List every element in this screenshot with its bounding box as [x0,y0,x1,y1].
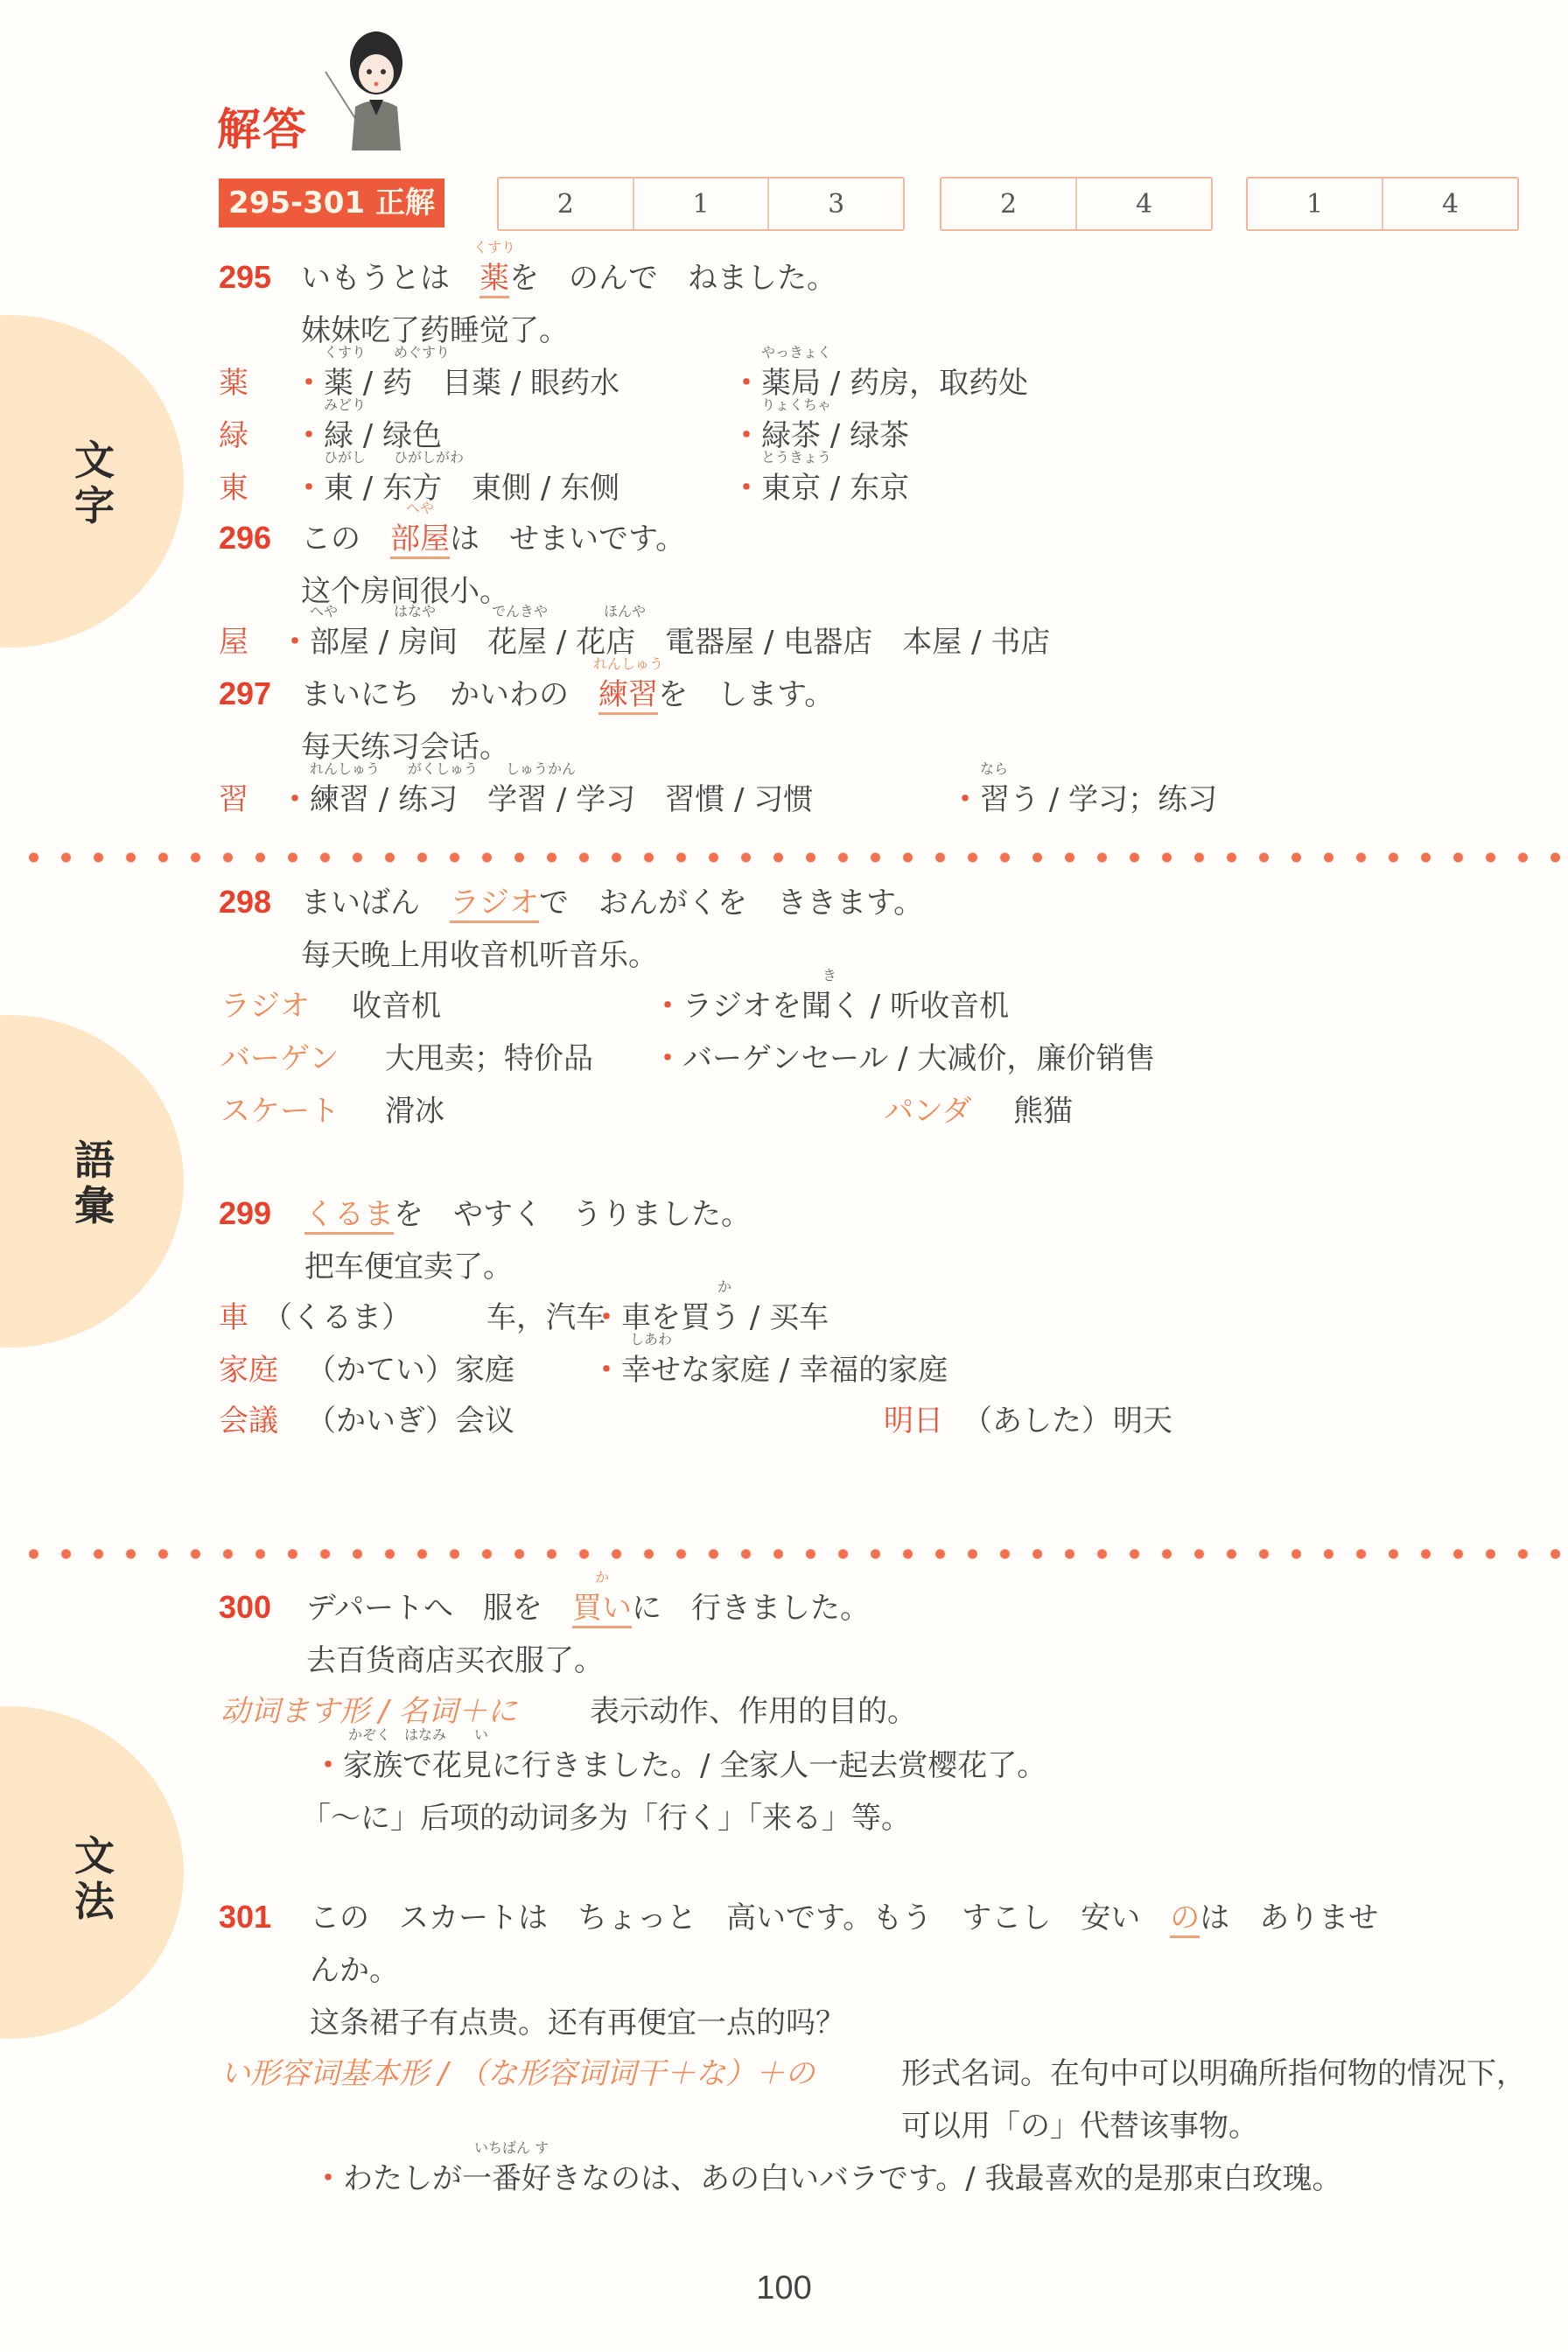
ruby-text: か [717,1279,731,1295]
grammar-meaning: 形式名词。在句中可以明确所指何物的情况下， [901,2054,1526,2093]
sentence-text: に 行きました。 [632,1591,870,1626]
ruby-text: くすり [473,240,515,255]
vocab-example: ・バーゲンセール / 大减价，廉价销售 [653,1039,1155,1078]
entry-text: 緑 / 绿色 [324,418,442,453]
kanji-head: 家庭 [219,1351,278,1389]
question-sentence-cont: んか。 [310,1951,399,1990]
entry-text: 薬 / 药 目薬 / 眼药水 [324,366,619,401]
side-tab-label-bunpou: 文法 [68,1833,121,1924]
vocab-reading: （かいぎ） [306,1402,455,1440]
vocab-example: ・か車を買う / 买车 [591,1298,829,1337]
vocab-meaning: 大甩卖；特价品 [385,1039,593,1078]
page-title: 解答 [217,94,308,157]
vocab-example: ・きラジオを聞く / 听收音机 [653,987,1009,1025]
ruby-text: か [595,1570,609,1585]
answer-cell: 4 [1077,178,1211,229]
sentence-text: は ありませ [1200,1900,1378,1935]
entry-text: 緑茶 / 绿茶 [761,418,909,453]
sentence-text: を します。 [658,677,834,712]
vocab-meaning: 明天 [1113,1402,1172,1440]
vocab-meaning: 家庭 [455,1351,514,1389]
ruby-text: とうきょう [761,450,831,465]
translation: 这条裙子有点贵。还有再便宜一点的吗？ [310,2004,845,2042]
target-word: くるま [304,1197,394,1235]
ruby-text: へや [406,500,434,516]
grammar-meaning: 表示动作、作用的目的。 [590,1692,917,1731]
question-sentence: この スカートは ちょっと 高いです。もう すこし 安い のは ありませ [310,1899,1378,1937]
section-divider [17,1549,1568,1559]
question-sentence: くるまを やすく うりました。 [304,1195,751,1234]
vocab-reading: （かてい） [306,1351,455,1389]
answer-group-2: 2 4 [940,177,1213,231]
question-sentence: いもうとは くすり薬を のんで ねました。 [301,259,836,297]
vocab-meaning: 滑冰 [385,1092,444,1130]
sentence-text: まいばん [301,885,450,920]
side-tab-label-goi: 語彙 [68,1137,121,1228]
vocab-head: ラジオ [220,987,310,1025]
vocab-meaning: 车，汽车 [486,1298,605,1337]
answer-group-1: 2 1 3 [497,177,905,231]
vocab-head: スケート [220,1092,339,1130]
vocab-meaning: 会议 [455,1402,514,1440]
ruby-text: き [822,968,836,983]
entry-text: 東 / 东方 東側 / 东侧 [324,471,619,506]
grammar-pattern: 动词ます形 / 名词＋に [220,1692,517,1731]
target-word: 薬 [479,261,509,298]
section-divider [17,852,1568,863]
ruby-text: れんしゅう [593,656,663,672]
sentence-text: で おんがくを ききます。 [539,885,923,920]
side-tab-label-moji: 文字 [68,437,121,528]
question-number: 301 [219,1899,271,1935]
kanji-head: 緑 [219,416,248,455]
sentence-text: まいにち かいわの [301,677,598,712]
ruby-text: れんしゅう がくしゅう しゅうかん [310,761,576,777]
entry-text: 練習 / 练习 学習 / 学习 習慣 / 习惯 [310,782,813,817]
ruby-text: いちばん す [474,2140,549,2156]
vocab-meaning: 熊猫 [1013,1092,1073,1130]
answer-cell: 1 [634,178,770,229]
question-number: 295 [219,259,271,296]
ruby-text: やっきょく [761,345,831,360]
entry-text: バーゲンセール / 大减价，廉价销售 [682,1041,1155,1076]
sentence-text: を のんで ねました。 [509,261,836,296]
question-number: 296 [219,520,271,556]
target-word: 買い [572,1591,632,1628]
answer-cell: 2 [499,178,634,229]
target-word: の [1170,1900,1200,1938]
kanji-head: 東 [219,469,248,507]
question-number: 297 [219,675,271,712]
ruby-text: なら [980,761,1008,777]
answer-cell: 2 [941,178,1077,229]
ruby-text: かぞく はなみ い [348,1727,488,1743]
question-number: 298 [219,884,271,920]
question-sentence: デパートへ 服を か買いに 行きました。 [306,1589,870,1627]
vocab-entry: ・なら習う / 学习；练习 [950,780,1217,819]
question-number: 300 [219,1589,271,1626]
ruby-text: しあわ [630,1332,672,1347]
entry-text: 習う / 学习；练习 [980,782,1217,817]
entry-text: 部屋 / 房间 花屋 / 花店 電器屋 / 电器店 本屋 / 书店 [310,625,1050,660]
sentence-text: この スカートは ちょっと 高いです。もう すこし 安い [310,1900,1170,1935]
question-number: 299 [219,1195,271,1232]
answer-key-label: 295-301 正解 [219,178,444,227]
entry-text: 東京 / 东京 [761,471,909,506]
entry-text: わたしが一番好きなのは、あの白いバラです。/ 我最喜欢的是那束白玫瑰。 [343,2161,1342,2196]
page-number: 100 [0,2270,1568,2307]
vocab-meaning: 收音机 [352,987,441,1025]
entry-text: 家族で花見に行きました。/ 全家人一起去赏樱花了。 [343,1748,1046,1783]
sentence-text: いもうとは [301,261,479,296]
target-word: ラジオ [450,885,539,923]
entry-text: 幸せな家庭 / 幸福的家庭 [621,1353,948,1388]
entry-text: 車を買う / 买车 [621,1300,829,1335]
answer-cell: 3 [769,178,903,229]
vocab-example: ・しあわ幸せな家庭 / 幸福的家庭 [591,1351,948,1389]
answer-group-3: 1 4 [1246,177,1519,231]
grammar-pattern: い形容词基本形 / （な形容词词干＋な）＋の [220,2054,815,2093]
grammar-meaning: 可以用「の」代替该事物。 [901,2107,1258,2145]
vocab-reading: （くるま） [262,1298,411,1337]
kanji-head: 車 [219,1298,248,1337]
ruby-text: ひがし ひがしがわ [324,450,464,465]
grammar-note: 「～に」后项的动词多为「行く」「来る」等。 [301,1799,911,1837]
kanji-head: 薬 [219,364,248,402]
question-sentence: この へや部屋は せまいです。 [301,520,685,558]
sentence-text: この [301,521,390,556]
sentence-text: を やすく うりました。 [394,1197,751,1232]
ruby-text: へや はなや でんきや ほんや [310,604,646,619]
vocab-entry: ・とうきょう東京 / 东京 [731,469,909,507]
answer-cell: 1 [1248,178,1383,229]
translation: 每天晚上用收音机听音乐。 [301,936,658,975]
target-word: 練習 [598,677,658,715]
vocab-head: バーゲン [220,1039,339,1078]
ruby-text: りょくちゃ [761,397,831,413]
grammar-example: ・かぞく はなみ い家族で花見に行きました。/ 全家人一起去赏樱花了。 [313,1746,1046,1785]
target-word: 部屋 [390,521,450,559]
kanji-head: 習 [219,780,248,819]
vocab-head: パンダ [884,1092,972,1130]
ruby-text: くすり めぐすり [324,345,450,360]
kanji-head: 会議 [219,1402,278,1440]
translation: 去百货商店买衣服了。 [306,1641,604,1680]
vocab-entry: ・へや はなや でんきや ほんや部屋 / 房间 花屋 / 花店 電器屋 / 电器… [280,623,1050,661]
question-sentence: まいにち かいわの れんしゅう練習を します。 [301,675,834,714]
sentence-text: は せまいです。 [450,521,685,556]
entry-text: 薬局 / 药房，取药处 [761,366,1028,401]
kanji-head: 屋 [219,623,248,661]
question-sentence: まいばん ラジオで おんがくを ききます。 [301,884,923,922]
answer-cell: 4 [1383,178,1517,229]
ruby-text: みどり [324,397,366,413]
vocab-reading: （あした） [962,1402,1111,1440]
vocab-entry: ・れんしゅう がくしゅう しゅうかん練習 / 练习 学習 / 学习 習慣 / 习… [280,780,813,819]
translation: 把车便宜卖了。 [304,1248,513,1286]
kanji-head: 明日 [884,1402,943,1440]
entry-text: ラジオを聞く / 听收音机 [682,989,1009,1024]
vocab-entry: ・ひがし ひがしがわ東 / 东方 東側 / 东侧 [294,469,619,507]
grammar-example: ・いちばん すわたしが一番好きなのは、あの白いバラです。/ 我最喜欢的是那束白玫… [313,2159,1342,2198]
teacher-illustration-icon [317,19,422,150]
sentence-text: デパートへ 服を [306,1591,572,1626]
